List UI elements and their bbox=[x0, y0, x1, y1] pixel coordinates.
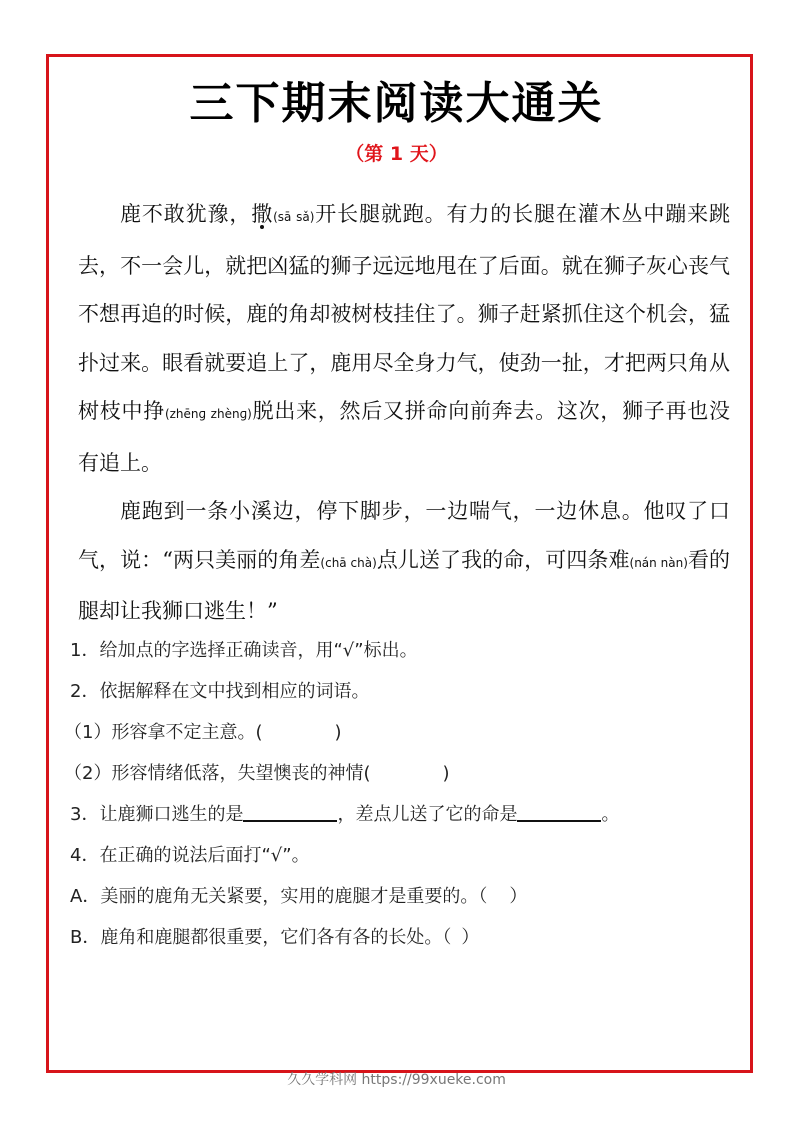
page-title: 三下期末阅读大通关 bbox=[0, 74, 793, 134]
watermark-footer: 久久学科网 https://99xueke.com bbox=[0, 1071, 793, 1089]
reading-passage: 鹿不敢犹豫，撒(sā sǎ)开长腿就跑。有力的长腿在灌木丛中蹦来跳去，不一会儿，… bbox=[78, 190, 730, 636]
question-text: 形容拿不定主意。( bbox=[111, 722, 262, 743]
pinyin-options: (chā chà) bbox=[320, 556, 376, 570]
answer-blank[interactable] bbox=[243, 800, 337, 822]
question-number: 4． bbox=[70, 845, 99, 866]
question-2-2: （2）形容情绪低落，失望懊丧的神情() bbox=[64, 753, 740, 794]
option-a: A．美丽的鹿角无关紧要，实用的鹿腿才是重要的。（） bbox=[70, 876, 740, 917]
passage-text: 鹿不敢犹豫， bbox=[120, 202, 251, 226]
pinyin-options: (zhēnɡ zhènɡ) bbox=[165, 407, 252, 421]
question-text: 依据解释在文中找到相应的词语。 bbox=[99, 681, 369, 702]
close-paren: ） bbox=[509, 886, 527, 907]
passage-text: 点儿送了我的命，可四条难 bbox=[377, 548, 630, 572]
dotted-character: 撒 bbox=[251, 202, 273, 226]
close-paren: ） bbox=[461, 927, 479, 948]
question-2: 2．依据解释在文中找到相应的词语。 bbox=[70, 671, 740, 712]
question-3: 3．让鹿狮口逃生的是，差点儿送了它的命是。 bbox=[70, 794, 740, 835]
question-text: 在正确的说法后面打“√”。 bbox=[99, 845, 309, 866]
option-letter: B． bbox=[70, 927, 100, 948]
question-4: 4．在正确的说法后面打“√”。 bbox=[70, 835, 740, 876]
passage-paragraph-2: 鹿跑到一条小溪边，停下脚步，一边喘气，一边休息。他叹了口气，说：“两只美丽的角差… bbox=[78, 487, 730, 636]
question-list: 1．给加点的字选择正确读音，用“√”标出。 2．依据解释在文中找到相应的词语。 … bbox=[70, 630, 740, 958]
question-number: 1． bbox=[70, 640, 99, 661]
question-text: 形容情绪低落，失望懊丧的神情( bbox=[111, 763, 370, 784]
question-number: 2． bbox=[70, 681, 99, 702]
passage-text: 开长腿就跑。有力的长腿在灌木丛中蹦来跳去，不一会儿，就把凶猛的狮子远远地甩在了后… bbox=[78, 202, 730, 423]
option-b: B．鹿角和鹿腿都很重要，它们各有各的长处。（） bbox=[70, 917, 740, 958]
option-text: 美丽的鹿角无关紧要，实用的鹿腿才是重要的。（ bbox=[100, 886, 487, 907]
close-paren: ) bbox=[334, 722, 341, 743]
question-number: （2） bbox=[64, 763, 111, 784]
option-letter: A． bbox=[70, 886, 100, 907]
passage-paragraph-1: 鹿不敢犹豫，撒(sā sǎ)开长腿就跑。有力的长腿在灌木丛中蹦来跳去，不一会儿，… bbox=[78, 190, 730, 487]
day-subtitle: （第 1 天） bbox=[0, 140, 793, 168]
pinyin-options: (nán nàn) bbox=[630, 556, 688, 570]
question-text: 让鹿狮口逃生的是 bbox=[99, 804, 243, 825]
question-number: （1） bbox=[64, 722, 111, 743]
question-text: 给加点的字选择正确读音，用“√”标出。 bbox=[99, 640, 417, 661]
question-text: 。 bbox=[601, 804, 619, 825]
option-text: 鹿角和鹿腿都很重要，它们各有各的长处。（ bbox=[100, 927, 451, 948]
close-paren: ) bbox=[442, 763, 449, 784]
question-text: ，差点儿送了它的命是 bbox=[337, 804, 517, 825]
question-2-1: （1）形容拿不定主意。() bbox=[64, 712, 740, 753]
question-1: 1．给加点的字选择正确读音，用“√”标出。 bbox=[70, 630, 740, 671]
question-number: 3． bbox=[70, 804, 99, 825]
answer-blank[interactable] bbox=[517, 800, 601, 822]
pinyin-options: (sā sǎ) bbox=[273, 210, 314, 224]
